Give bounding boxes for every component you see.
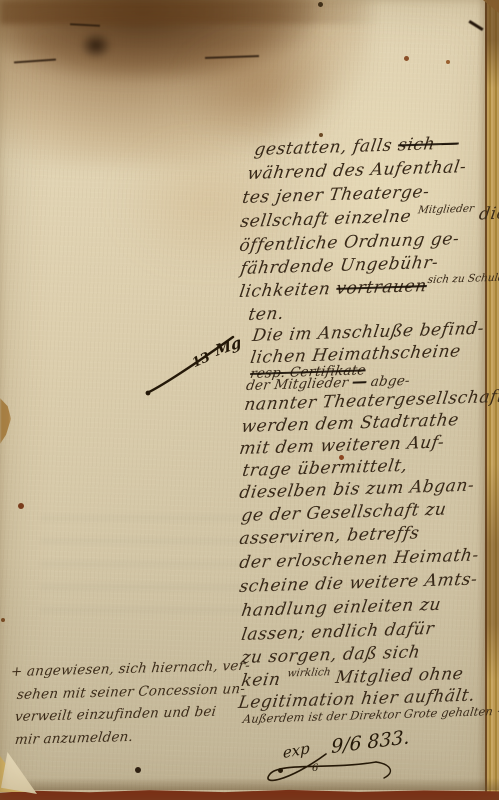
manuscript-line: ten. — [247, 304, 286, 325]
stain-dark-spot — [80, 32, 112, 59]
ink-speck — [135, 767, 141, 773]
fox-spot — [1, 618, 5, 622]
fox-spot — [18, 503, 24, 509]
manuscript-page: 13 Mg gestatten, falls sich — während de… — [0, 0, 499, 800]
manuscript-line: mit dem weiteren Auf- — [238, 432, 446, 459]
manuscript-line: trage übermittelt, — [241, 456, 409, 481]
expedit-small-digit: 6 — [312, 763, 318, 774]
ink-ghosting — [40, 515, 255, 615]
fox-spot — [319, 133, 323, 137]
ink-speck — [318, 2, 323, 7]
edge-notch — [0, 398, 11, 444]
manuscript-line: asserviren, betreffs — [238, 523, 421, 549]
fox-spot — [446, 60, 450, 64]
margin-note-line: mir anzumelden. — [14, 729, 134, 748]
fox-spot — [404, 56, 409, 61]
stain-top-edge — [0, 0, 380, 24]
manuscript-line: ge der Gesellschaft zu — [240, 499, 448, 526]
